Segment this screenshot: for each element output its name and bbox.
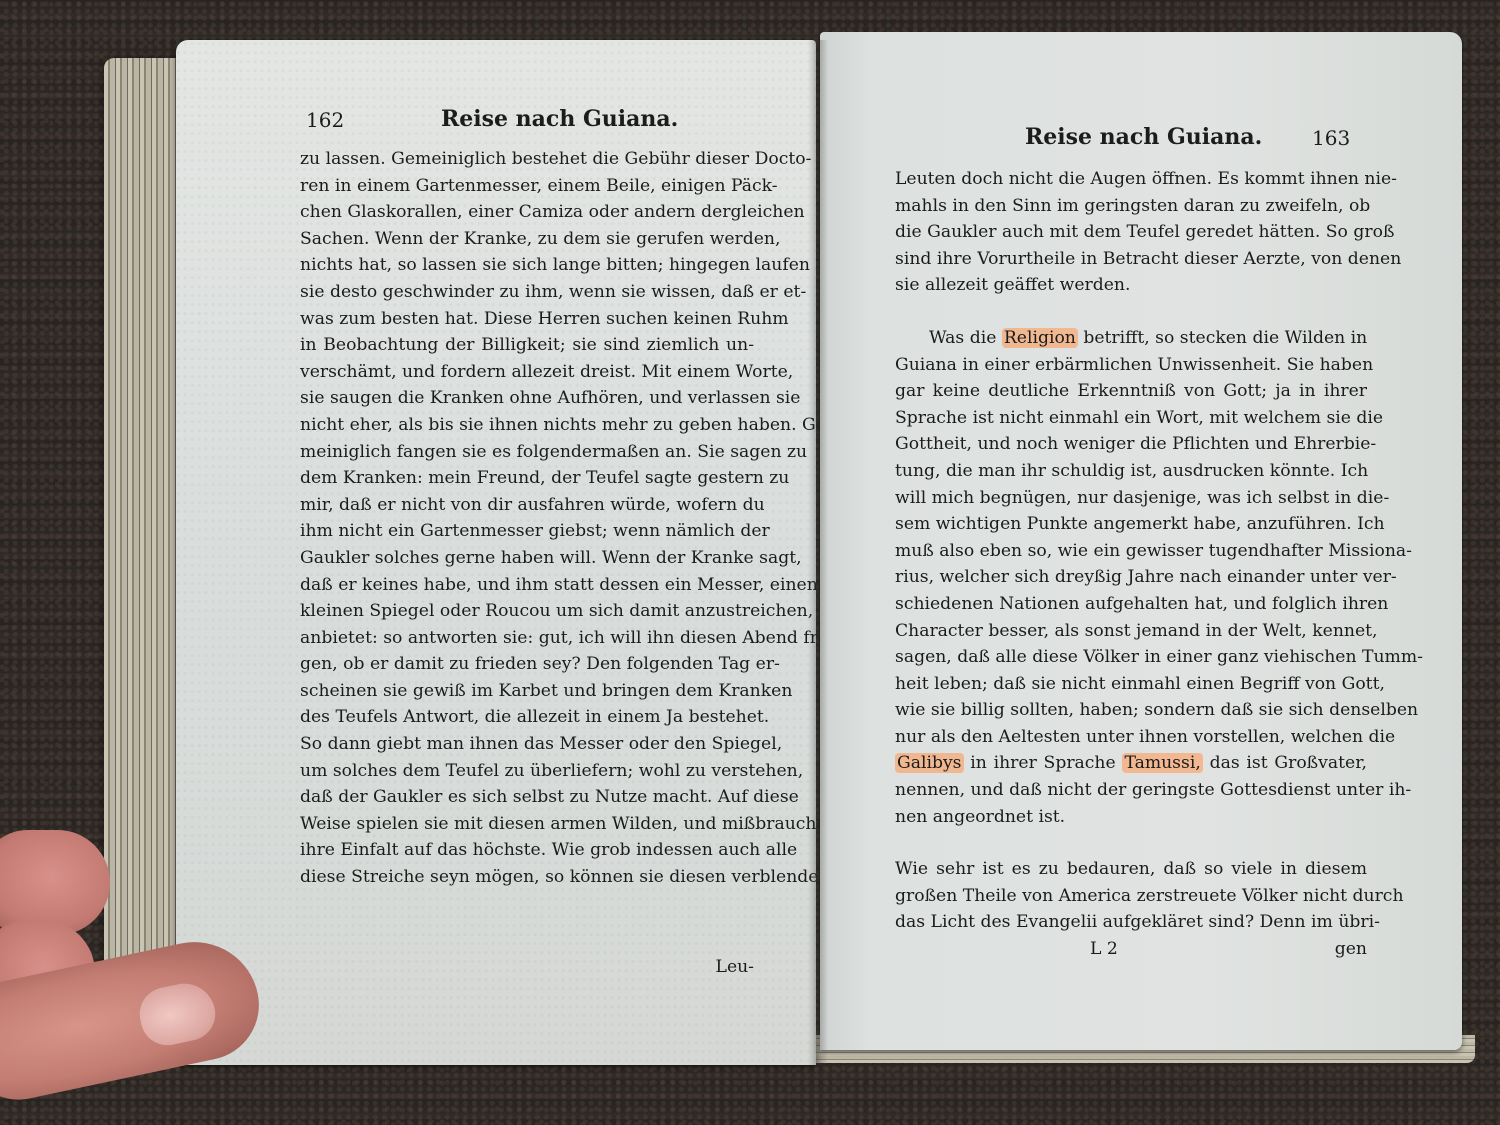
signature-mark: L 2	[1090, 936, 1118, 963]
text-line: sind ihre Vorurtheile in Betracht dieser…	[895, 246, 1367, 273]
text-line: ren in einem Gartenmesser, einem Beile, …	[300, 173, 754, 200]
text-line: nur als den Aeltesten unter ihnen vorste…	[895, 724, 1367, 751]
text-line: Gaukler solches gerne haben will. Wenn d…	[300, 545, 754, 572]
text-line: schiedenen Nationen aufgehalten hat, und…	[895, 591, 1367, 618]
finger-upper	[0, 830, 110, 935]
paragraph-2-first-line: Was die Religion betrifft, so stecken di…	[895, 325, 1367, 352]
text-line: ihre Einfalt auf das höchste. Wie grob i…	[300, 837, 754, 864]
text-line: Guiana in einer erbärmlichen Unwissenhei…	[895, 352, 1367, 379]
text-line: die Gaukler auch mit dem Teufel geredet …	[895, 219, 1367, 246]
text-line: mir, daß er nicht von dir ausfahren würd…	[300, 492, 754, 519]
right-running-head: Reise nach Guiana.	[1025, 124, 1262, 150]
text-line: ihm nicht ein Gartenmesser giebst; wenn …	[300, 518, 754, 545]
text-line: Sachen. Wenn der Kranke, zu dem sie geru…	[300, 226, 754, 253]
text-line: Sprache ist nicht einmahl ein Wort, mit …	[895, 405, 1367, 432]
left-page-number: 162	[306, 108, 344, 132]
left-page-text: zu lassen. Gemeiniglich bestehet die Geb…	[300, 146, 754, 891]
text-line: nennen, und daß nicht der geringste Gott…	[895, 777, 1367, 804]
paragraph-2-galibys-line: Galibys in ihrer Sprache Tamussi, das is…	[895, 750, 1367, 777]
highlight-tamussi: Tamussi,	[1122, 753, 1202, 773]
paragraph-1: Leuten doch nicht die Augen öffnen. Es k…	[895, 166, 1367, 299]
right-page-text: Leuten doch nicht die Augen öffnen. Es k…	[895, 166, 1367, 962]
text-line: nichts hat, so lassen sie sich lange bit…	[300, 252, 754, 279]
right-catchword: gen	[1335, 936, 1367, 963]
text-line: des Teufels Antwort, die allezeit in ein…	[300, 704, 754, 731]
text-line: Leuten doch nicht die Augen öffnen. Es k…	[895, 166, 1367, 193]
text-line: verschämt, und fordern allezeit dreist. …	[300, 359, 754, 386]
left-running-head: Reise nach Guiana.	[441, 106, 678, 132]
right-page: Reise nach Guiana. 163 Leuten doch nicht…	[820, 32, 1462, 1050]
text-line: daß er keines habe, und ihm statt dessen…	[300, 572, 754, 599]
text-line: Weise spielen sie mit diesen armen Wilde…	[300, 811, 754, 838]
highlight-religion: Religion	[1002, 328, 1078, 348]
paragraph-3: Wie sehr ist es zu bedauren, daß so viel…	[895, 856, 1367, 936]
text-line: mahls in den Sinn im geringsten daran zu…	[895, 193, 1367, 220]
text-line: scheinen sie gewiß im Karbet und bringen…	[300, 678, 754, 705]
text-line: sagen, daß alle diese Völker in einer ga…	[895, 644, 1367, 671]
text-line: gar keine deutliche Erkenntniß von Gott;…	[895, 378, 1367, 405]
text-line: chen Glaskorallen, einer Camiza oder and…	[300, 199, 754, 226]
text-line: Wie sehr ist es zu bedauren, daß so viel…	[895, 856, 1367, 883]
text-line: kleinen Spiegel oder Roucou um sich dami…	[300, 598, 754, 625]
text-line: tung, die man ihr schuldig ist, ausdruck…	[895, 458, 1367, 485]
text-line: sie allezeit geäffet werden.	[895, 272, 1367, 299]
text-line: das Licht des Evangelii aufgekläret sind…	[895, 909, 1367, 936]
text-line: Gottheit, und noch weniger die Pflichten…	[895, 431, 1367, 458]
text-line: in Beobachtung der Billigkeit; sie sind …	[300, 332, 754, 359]
text-line: daß der Gaukler es sich selbst zu Nutze …	[300, 784, 754, 811]
text-line: was zum besten hat. Diese Herren suchen …	[300, 306, 754, 333]
text-line: nicht eher, als bis sie ihnen nichts meh…	[300, 412, 754, 439]
text-line: um solches dem Teufel zu überliefern; wo…	[300, 758, 754, 785]
left-catchword: Leu-	[300, 954, 754, 981]
left-page: 162 Reise nach Guiana. zu lassen. Gemein…	[176, 40, 816, 1065]
text-line: nen angeordnet ist.	[895, 804, 1367, 831]
text-line: rius, welcher sich dreyßig Jahre nach ei…	[895, 564, 1367, 591]
text-line: gen, ob er damit zu frieden sey? Den fol…	[300, 651, 754, 678]
left-catchword-row: Leu-	[300, 954, 754, 981]
text-line: heit leben; daß sie nicht einmahl einen …	[895, 671, 1367, 698]
text-line: dem Kranken: mein Freund, der Teufel sag…	[300, 465, 754, 492]
text-line: sie desto geschwinder zu ihm, wenn sie w…	[300, 279, 754, 306]
text-line: sem wichtigen Punkte angemerkt habe, anz…	[895, 511, 1367, 538]
highlight-galibys: Galibys	[895, 753, 964, 773]
text-line: will mich begnügen, nur dasjenige, was i…	[895, 485, 1367, 512]
paragraph-2: Guiana in einer erbärmlichen Unwissenhei…	[895, 352, 1367, 751]
text-line: Character besser, als sonst jemand in de…	[895, 618, 1367, 645]
text-line: diese Streiche seyn mögen, so können sie…	[300, 864, 754, 891]
right-page-number: 163	[1312, 126, 1350, 150]
text-line: anbietet: so antworten sie: gut, ich wil…	[300, 625, 754, 652]
book-gutter	[808, 40, 828, 1065]
text-line: sie saugen die Kranken ohne Aufhören, un…	[300, 385, 754, 412]
text-line: muß also eben so, wie ein gewisser tugen…	[895, 538, 1367, 565]
text-line: großen Theile von America zerstreuete Vö…	[895, 883, 1367, 910]
text-line: wie sie billig sollten, haben; sondern d…	[895, 697, 1367, 724]
text-line: meiniglich fangen sie es folgendermaßen …	[300, 439, 754, 466]
text-line: zu lassen. Gemeiniglich bestehet die Geb…	[300, 146, 754, 173]
text-line: So dann giebt man ihnen das Messer oder …	[300, 731, 754, 758]
paragraph-2-tail: nennen, und daß nicht der geringste Gott…	[895, 777, 1367, 830]
